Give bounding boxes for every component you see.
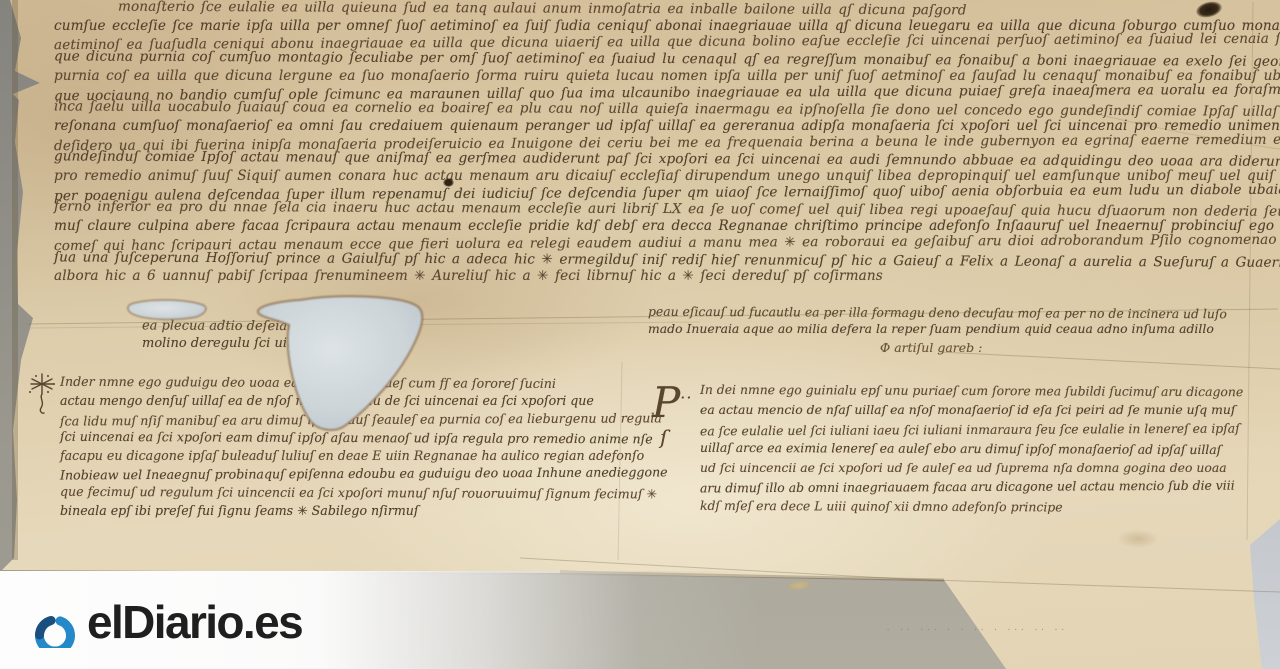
parchment-holes <box>0 0 1280 669</box>
ink-blot <box>443 178 454 187</box>
eldiario-swirl-icon <box>30 596 80 648</box>
news-photo-medieval-charter: monaſterio ſce eulalie ea uilla quieuna … <box>0 0 1280 669</box>
eldiario-logo: elDiario.es <box>30 595 302 649</box>
archival-notation: · ·· ··· · · ·· · ··· ·· ·· <box>886 626 1067 634</box>
eldiario-logo-text: elDiario.es <box>87 595 302 649</box>
parchment-stain <box>1118 530 1158 548</box>
